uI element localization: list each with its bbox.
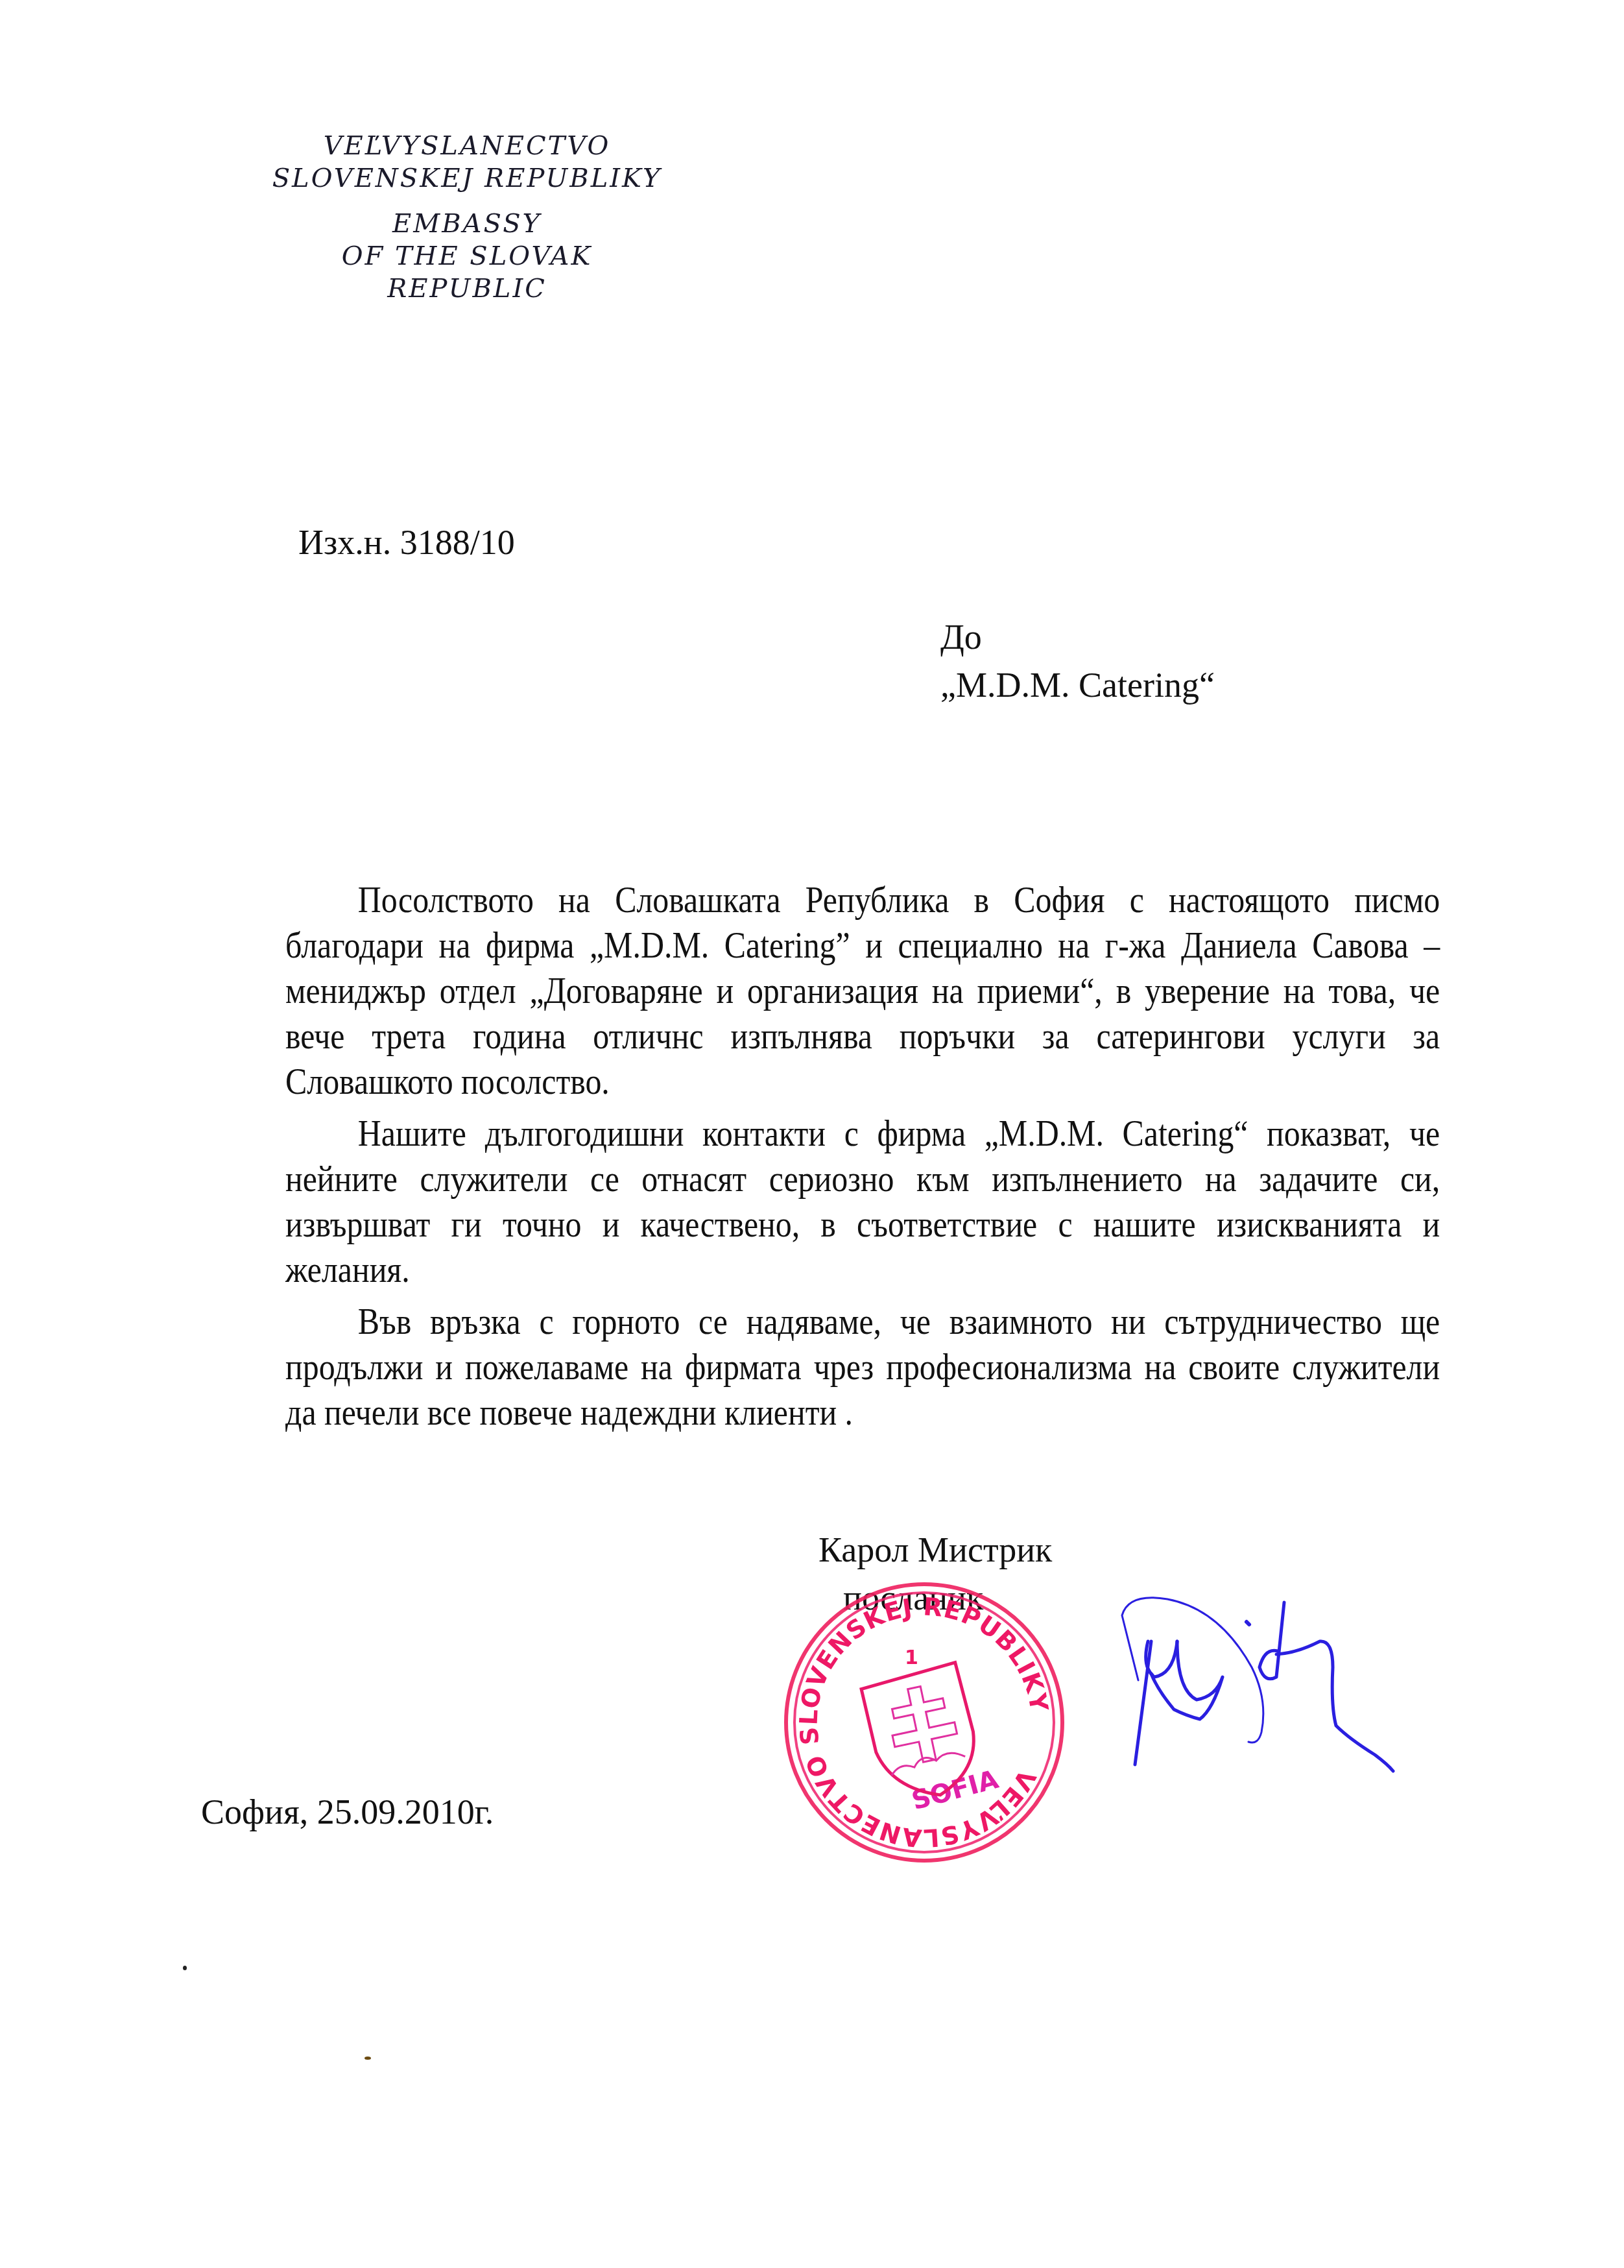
addressee-name: „M.D.M. Catering“ xyxy=(940,661,1215,709)
letter-page: VEĽVYSLANECTVO SLOVENSKEJ REPUBLIKY EMBA… xyxy=(0,0,1624,2268)
letter-body: Посолството на Словашката Република в Со… xyxy=(285,877,1440,1442)
signature-icon xyxy=(1103,1570,1407,1778)
letterhead-line-3: EMBASSY xyxy=(259,208,675,240)
reference-number: Изх.н. 3188/10 xyxy=(298,522,515,562)
body-paragraph-2: Нашите дългогодишни контакти с фирма „M.… xyxy=(285,1111,1440,1292)
letterhead: VEĽVYSLANECTVO SLOVENSKEJ REPUBLIKY EMBA… xyxy=(259,130,675,305)
signatory-name: Карол Мистрик xyxy=(818,1530,1052,1570)
addressee-to: До xyxy=(940,613,1215,661)
scan-speck xyxy=(183,1966,187,1970)
scan-speck xyxy=(364,2057,371,2060)
letterhead-line-1: VEĽVYSLANECTVO xyxy=(259,130,675,162)
body-paragraph-1: Посолството на Словашката Република в Со… xyxy=(285,877,1440,1104)
letterhead-line-4: OF THE SLOVAK REPUBLIC xyxy=(259,240,675,305)
letterhead-line-2: SLOVENSKEJ REPUBLIKY xyxy=(259,162,675,195)
place-and-date: София, 25.09.2010г. xyxy=(201,1792,494,1832)
body-paragraph-3: Във връзка с горното се надяваме, че вза… xyxy=(285,1299,1440,1435)
addressee: До „M.D.M. Catering“ xyxy=(940,613,1215,709)
stamp-seal-icon: VEĽVYSLANECTVO SLOVENSKEJ REPUBLIKY SOFI… xyxy=(775,1573,1073,1872)
handwritten-signature xyxy=(1103,1570,1407,1778)
stamp-ring-text: VEĽVYSLANECTVO SLOVENSKEJ REPUBLIKY xyxy=(775,1573,1073,1872)
stamp-number: 1 xyxy=(905,1647,918,1669)
svg-text:VEĽVYSLANECTVO SLOVENSKEJ REPU: VEĽVYSLANECTVO SLOVENSKEJ REPUBLIKY xyxy=(775,1573,1073,1872)
embassy-stamp: VEĽVYSLANECTVO SLOVENSKEJ REPUBLIKY SOFI… xyxy=(775,1573,1073,1872)
